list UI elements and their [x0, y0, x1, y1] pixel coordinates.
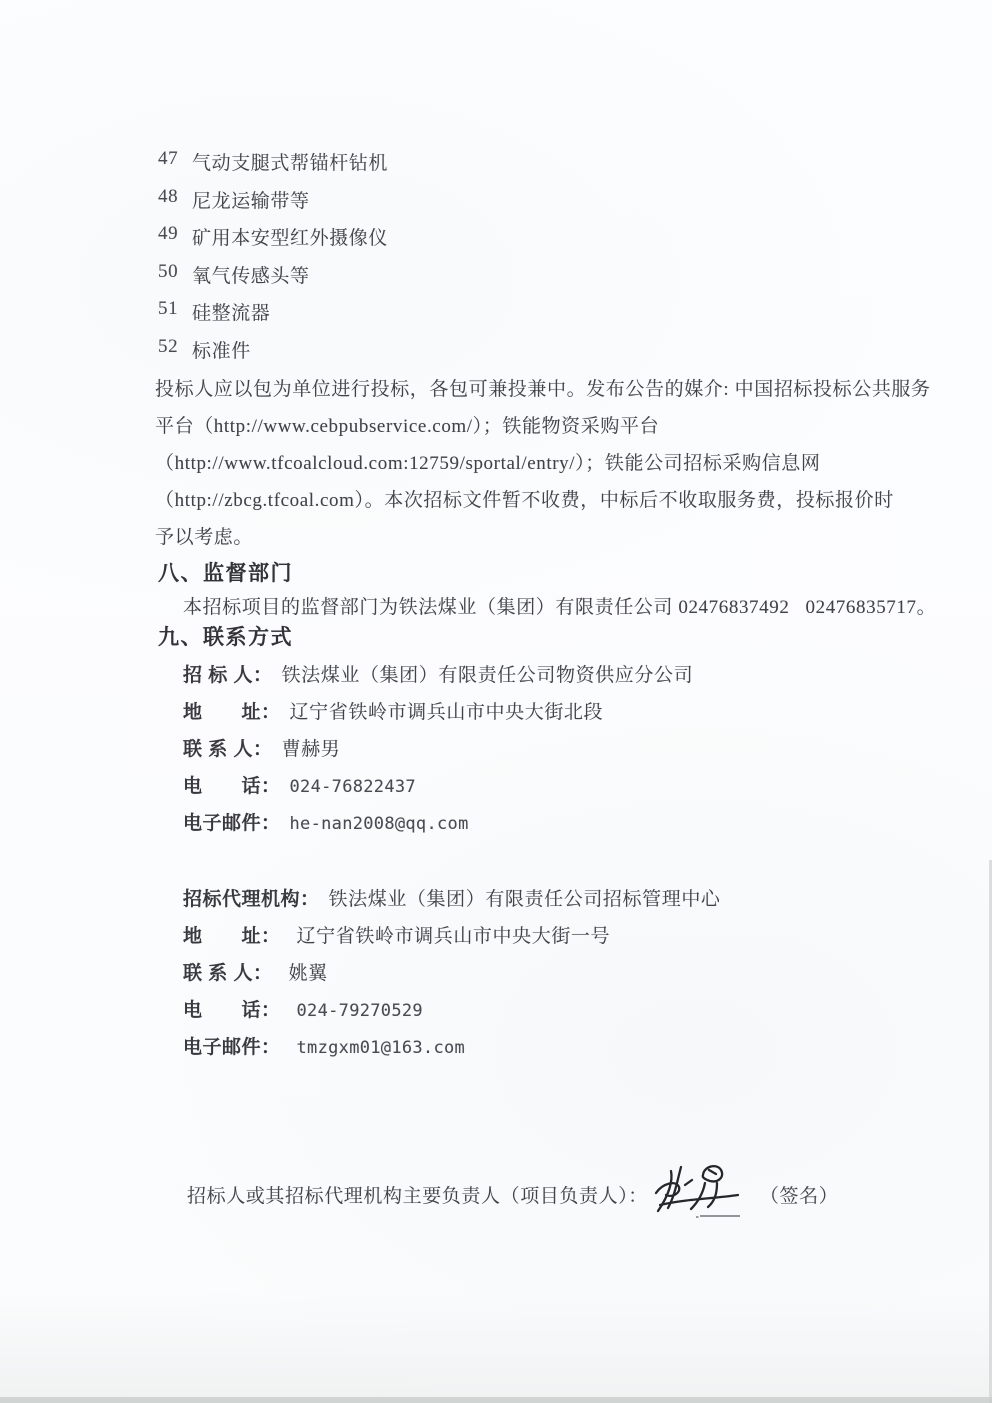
- tenderer-row: 电子邮件：he-nan2008@qq.com: [183, 808, 469, 835]
- tenderer-row: 联 系 人：曹赫男: [183, 734, 340, 761]
- list-item: 51硅整流器: [158, 298, 270, 325]
- tenderer-row: 地 址：辽宁省铁岭市调兵山市中央大街北段: [183, 697, 603, 724]
- tenderer-row: 招 标 人：铁法煤业（集团）有限责任公司物资供应分公司: [183, 660, 693, 687]
- field-label: 电 话：: [183, 771, 281, 798]
- field-value: 曹赫男: [282, 734, 341, 761]
- paragraph-line: （http://zbcg.tfcoal.com）。本次招标文件暂不收费，中标后不…: [155, 485, 894, 512]
- list-item: 52标准件: [158, 336, 251, 363]
- paragraph-line: 投标人应以包为单位进行投标，各包可兼投兼中。发布公告的媒介: 中国招标投标公共服…: [155, 374, 931, 401]
- list-item-number: 49: [158, 223, 192, 250]
- field-label: 招 标 人：: [183, 660, 273, 687]
- list-item-number: 52: [158, 336, 192, 363]
- agency-row: 联 系 人：姚翼: [183, 958, 328, 985]
- list-item: 50氧气传感头等: [158, 261, 310, 288]
- agency-row: 地 址：辽宁省铁岭市调兵山市中央大街一号: [183, 921, 610, 948]
- list-item-text: 氧气传感头等: [192, 261, 310, 288]
- handwritten-signature: [650, 1158, 756, 1222]
- list-item: 48尼龙运输带等: [158, 186, 310, 213]
- signature-slot: [648, 1178, 760, 1202]
- list-item-number: 47: [158, 148, 192, 175]
- field-label: 联 系 人：: [183, 958, 273, 985]
- list-item-number: 50: [158, 261, 192, 288]
- supervision-body: 本招标项目的监督部门为铁法煤业（集团）有限责任公司 02476837492 02…: [183, 592, 936, 619]
- paragraph-line: 平台（http://www.cebpubservice.com/）；铁能物资采购…: [155, 411, 659, 438]
- paragraph-line: （http://www.tfcoalcloud.com:12759/sporta…: [155, 448, 820, 475]
- field-value-phone: 024-79270529: [297, 1001, 423, 1021]
- list-item: 47气动支腿式帮锚杆钻机: [158, 148, 388, 175]
- signature-line-prefix: 招标人或其招标代理机构主要负责人（项目负责人）：: [187, 1181, 648, 1208]
- field-label: 联 系 人：: [183, 734, 273, 761]
- field-value-email: tmzgxm01@163.com: [297, 1038, 466, 1058]
- field-value: 辽宁省铁岭市调兵山市中央大街一号: [297, 921, 611, 948]
- signature-line: 招标人或其招标代理机构主要负责人（项目负责人）：: [187, 1178, 838, 1208]
- field-value: 姚翼: [289, 958, 328, 985]
- tenderer-row: 电 话：024-76822437: [183, 771, 416, 798]
- agency-row: 电 话：024-79270529: [183, 995, 423, 1022]
- section-heading-supervision: 八、监督部门: [158, 557, 293, 587]
- agency-row: 招标代理机构：铁法煤业（集团）有限责任公司招标管理中心: [183, 884, 721, 911]
- field-value: 辽宁省铁岭市调兵山市中央大街北段: [290, 697, 604, 724]
- section-heading-contact: 九、联系方式: [158, 621, 293, 651]
- field-label: 地 址：: [183, 697, 281, 724]
- list-item: 49矿用本安型红外摄像仪: [158, 223, 388, 250]
- list-item-text: 标准件: [192, 336, 251, 363]
- field-label: 电子邮件：: [183, 1032, 281, 1059]
- list-item-text: 尼龙运输带等: [192, 186, 310, 213]
- field-value: 铁法煤业（集团）有限责任公司物资供应分公司: [282, 660, 694, 687]
- paragraph-line: 予以考虑。: [155, 522, 253, 549]
- field-value-phone: 024-76822437: [290, 777, 416, 797]
- scanned-document-page: 47气动支腿式帮锚杆钻机 48尼龙运输带等 49矿用本安型红外摄像仪 50氧气传…: [0, 0, 992, 1403]
- list-item-text: 硅整流器: [192, 298, 270, 325]
- list-item-text: 气动支腿式帮锚杆钻机: [192, 148, 388, 175]
- field-value-email: he-nan2008@qq.com: [290, 814, 469, 834]
- scan-edge-bottom: [0, 1397, 992, 1403]
- list-item-number: 51: [158, 298, 192, 325]
- signature-line-suffix: （签名）: [760, 1181, 838, 1208]
- field-label: 招标代理机构：: [183, 884, 320, 911]
- field-label: 电 话：: [183, 995, 281, 1022]
- field-label: 电子邮件：: [183, 808, 281, 835]
- agency-row: 电子邮件：tmzgxm01@163.com: [183, 1032, 465, 1059]
- list-item-text: 矿用本安型红外摄像仪: [192, 223, 388, 250]
- list-item-number: 48: [158, 186, 192, 213]
- field-label: 地 址：: [183, 921, 281, 948]
- field-value: 铁法煤业（集团）有限责任公司招标管理中心: [329, 884, 721, 911]
